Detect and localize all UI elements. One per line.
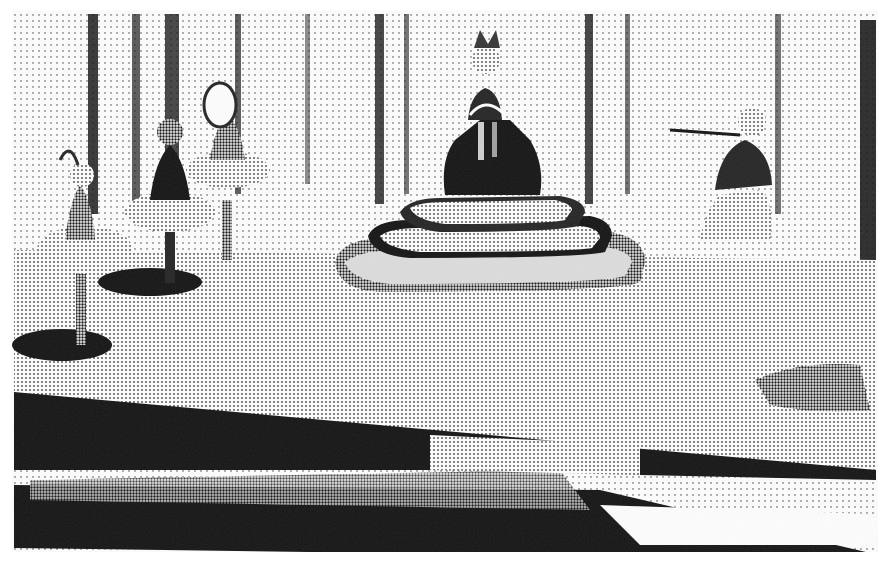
halftone-photograph [0,0,890,567]
photo-canvas [0,0,890,567]
